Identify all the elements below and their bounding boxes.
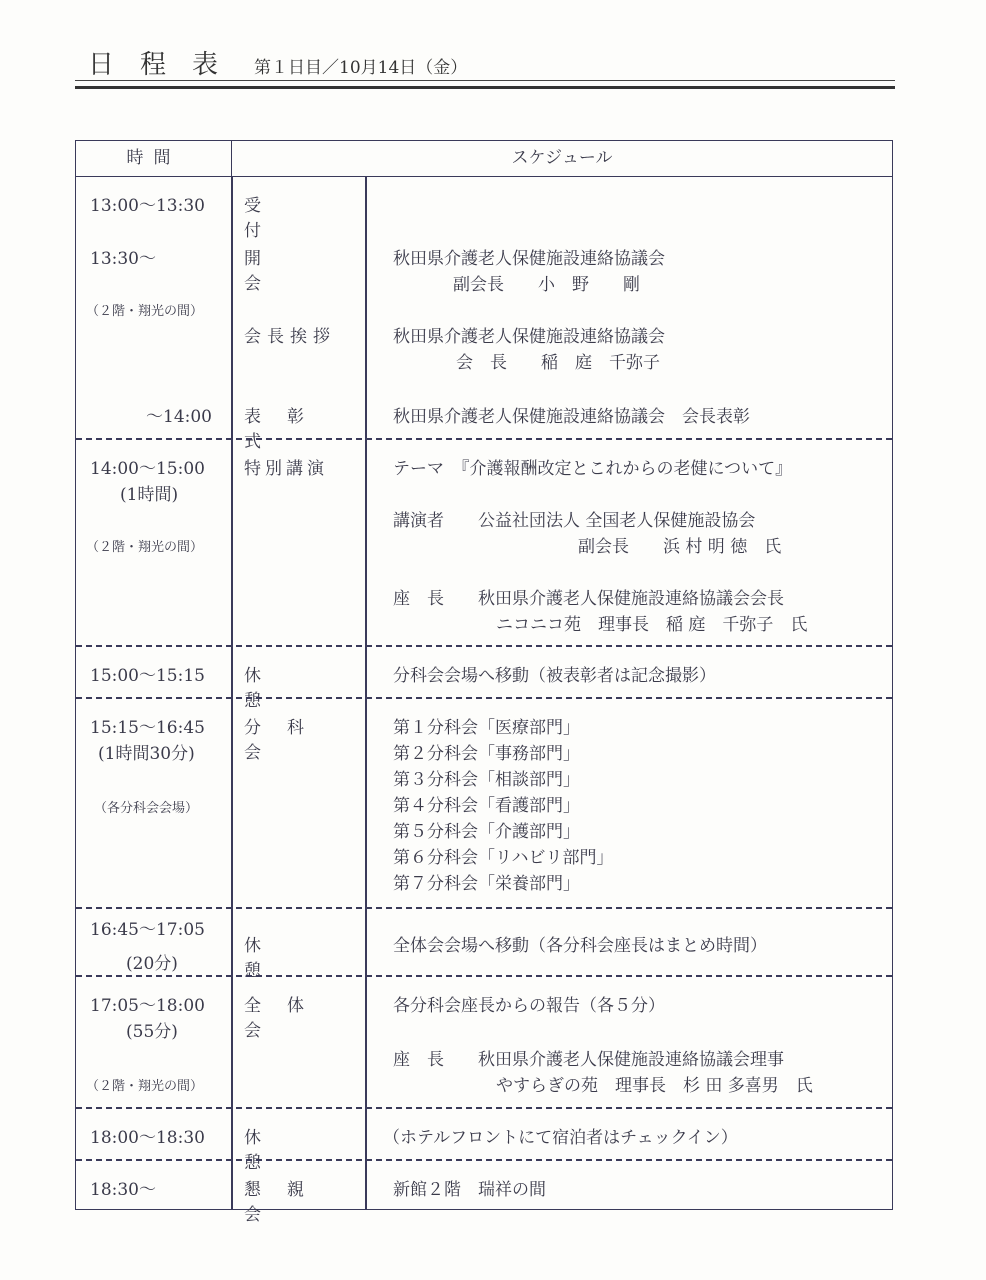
header-rule-thin [75,80,895,81]
event-label: 受付 [244,191,350,241]
event-reception: 受付 [244,191,350,241]
time-cell: 16:45～17:05 [90,915,205,940]
chair-name-line: ニコニコ苑 理事長 稲 庭 千弥子 氏 [496,610,807,635]
page-subtitle-date: 第１日目／10月14日（金） [254,53,467,78]
content-line: 各分科会座長からの報告（各５分） [393,991,665,1016]
event-label: 懇親会 [244,1175,350,1225]
chair-line: 座 長 秋田県介護老人保健施設連絡協議会会長 [393,584,784,609]
time-cell: 15:00～15:15 [90,661,205,686]
content-line: 新館２階 瑞祥の間 [393,1175,546,1200]
time-cell: 18:00～18:30 [90,1123,205,1148]
venue-note: （２階・翔光の間） [86,300,203,319]
time-cell: 13:00～13:30 [90,191,205,216]
duration: (55分) [126,1017,178,1042]
event-break: 休憩 [244,931,350,981]
content-line: 会 長 稲 庭 千弥子 [456,348,660,373]
event-label: 全体会 [244,991,350,1041]
time-cell: 13:30～ [90,244,156,269]
table-row-general-session: 17:05～18:00 (55分) （２階・翔光の間） 全体会 各分科会座長から… [76,975,892,1109]
column-header-time: 時間 [76,141,232,176]
duration: (20分) [126,949,178,974]
event-label: 分科会 [244,713,350,763]
event-chair-greeting: 会長挨拶 [244,322,350,347]
chair-line: 座 長 秋田県介護老人保健施設連絡協議会理事 [393,1045,784,1070]
page-header: 日程表 第１日目／10月14日（金） [88,44,467,81]
content-line: （ホテルフロントにて宿泊者はチェックイン） [383,1123,738,1148]
content-line: 秋田県介護老人保健施設連絡協議会 会長表彰 [393,402,750,427]
event-general-session: 全体会 [244,991,350,1041]
venue-note: （２階・翔光の間） [86,1075,203,1094]
venue-note: （各分科会会場） [94,797,198,816]
section-item: 第３分科会「相談部門」 [393,765,580,790]
section-item: 第２分科会「事務部門」 [393,739,580,764]
time-cell: 17:05～18:00 [90,991,205,1016]
event-opening: 開会 [244,244,350,294]
content-line: 秋田県介護老人保健施設連絡協議会 [393,244,665,269]
duration: (1時間30分) [98,739,195,764]
event-reception-party: 懇親会 [244,1175,350,1225]
table-header: 時間 スケジュール [76,141,892,177]
event-label: 休憩 [244,931,350,981]
event-label: 開会 [244,244,350,294]
event-label: 特別講演 [244,454,328,479]
column-header-schedule: スケジュール [232,141,892,176]
speaker-title-line: 副会長 浜 村 明 徳 氏 [578,532,781,557]
content-line: 副会長 小 野 剛 [453,270,640,295]
time-cell: ～14:00 [146,402,212,427]
duration: (1時間) [120,480,178,505]
table-row-break-2: 16:45～17:05 (20分) 休憩 全体会会場へ移動（各分科会座長はまとめ… [76,907,892,977]
time-cell: 14:00～15:00 [90,454,205,479]
time-cell: 15:15～16:45 [90,713,205,738]
header-rule-thick [75,86,895,89]
event-label: 会長挨拶 [244,322,336,347]
content-line: 全体会会場へ移動（各分科会座長はまとめ時間） [393,931,767,956]
time-cell: 18:30～ [90,1175,156,1200]
table-row-opening: 13:00～13:30 受付 13:30～ （２階・翔光の間） 開会 秋田県介護… [76,176,892,438]
schedule-table: 時間 スケジュール 13:00～13:30 受付 13:30～ （２階・翔光の間… [75,140,893,1210]
table-row-break-1: 15:00～15:15 休憩 分科会会場へ移動（被表彰者は記念撮影） [76,645,892,699]
theme-line: テーマ 『介護報酬改定とこれからの老健について』 [393,454,792,479]
section-item: 第１分科会「医療部門」 [393,713,580,738]
speaker-line: 講演者 公益社団法人 全国老人保健施設協会 [393,506,755,531]
content-line: 分科会会場へ移動（被表彰者は記念撮影） [393,661,716,686]
table-row-break-3: 18:00～18:30 休憩 （ホテルフロントにて宿泊者はチェックイン） [76,1107,892,1161]
content-line: 秋田県介護老人保健施設連絡協議会 [393,322,665,347]
page-title: 日程表 [88,44,244,81]
section-item: 第７分科会「栄養部門」 [393,869,580,894]
venue-note: （２階・翔光の間） [86,536,203,555]
chair-name-line: やすらぎの苑 理事長 杉 田 多喜男 氏 [496,1071,813,1096]
section-item: 第４分科会「看護部門」 [393,791,580,816]
table-row-reception: 18:30～ 懇親会 新館２階 瑞祥の間 [76,1159,892,1213]
table-row-sectional-meetings: 15:15～16:45 (1時間30分) （各分科会会場） 分科会 第１分科会「… [76,697,892,909]
section-item: 第５分科会「介護部門」 [393,817,580,842]
table-row-special-lecture: 14:00～15:00 (1時間) （２階・翔光の間） 特別講演 テーマ 『介護… [76,438,892,647]
section-item: 第６分科会「リハビリ部門」 [393,843,614,868]
event-special-lecture: 特別講演 [244,454,350,479]
event-sectional: 分科会 [244,713,350,763]
